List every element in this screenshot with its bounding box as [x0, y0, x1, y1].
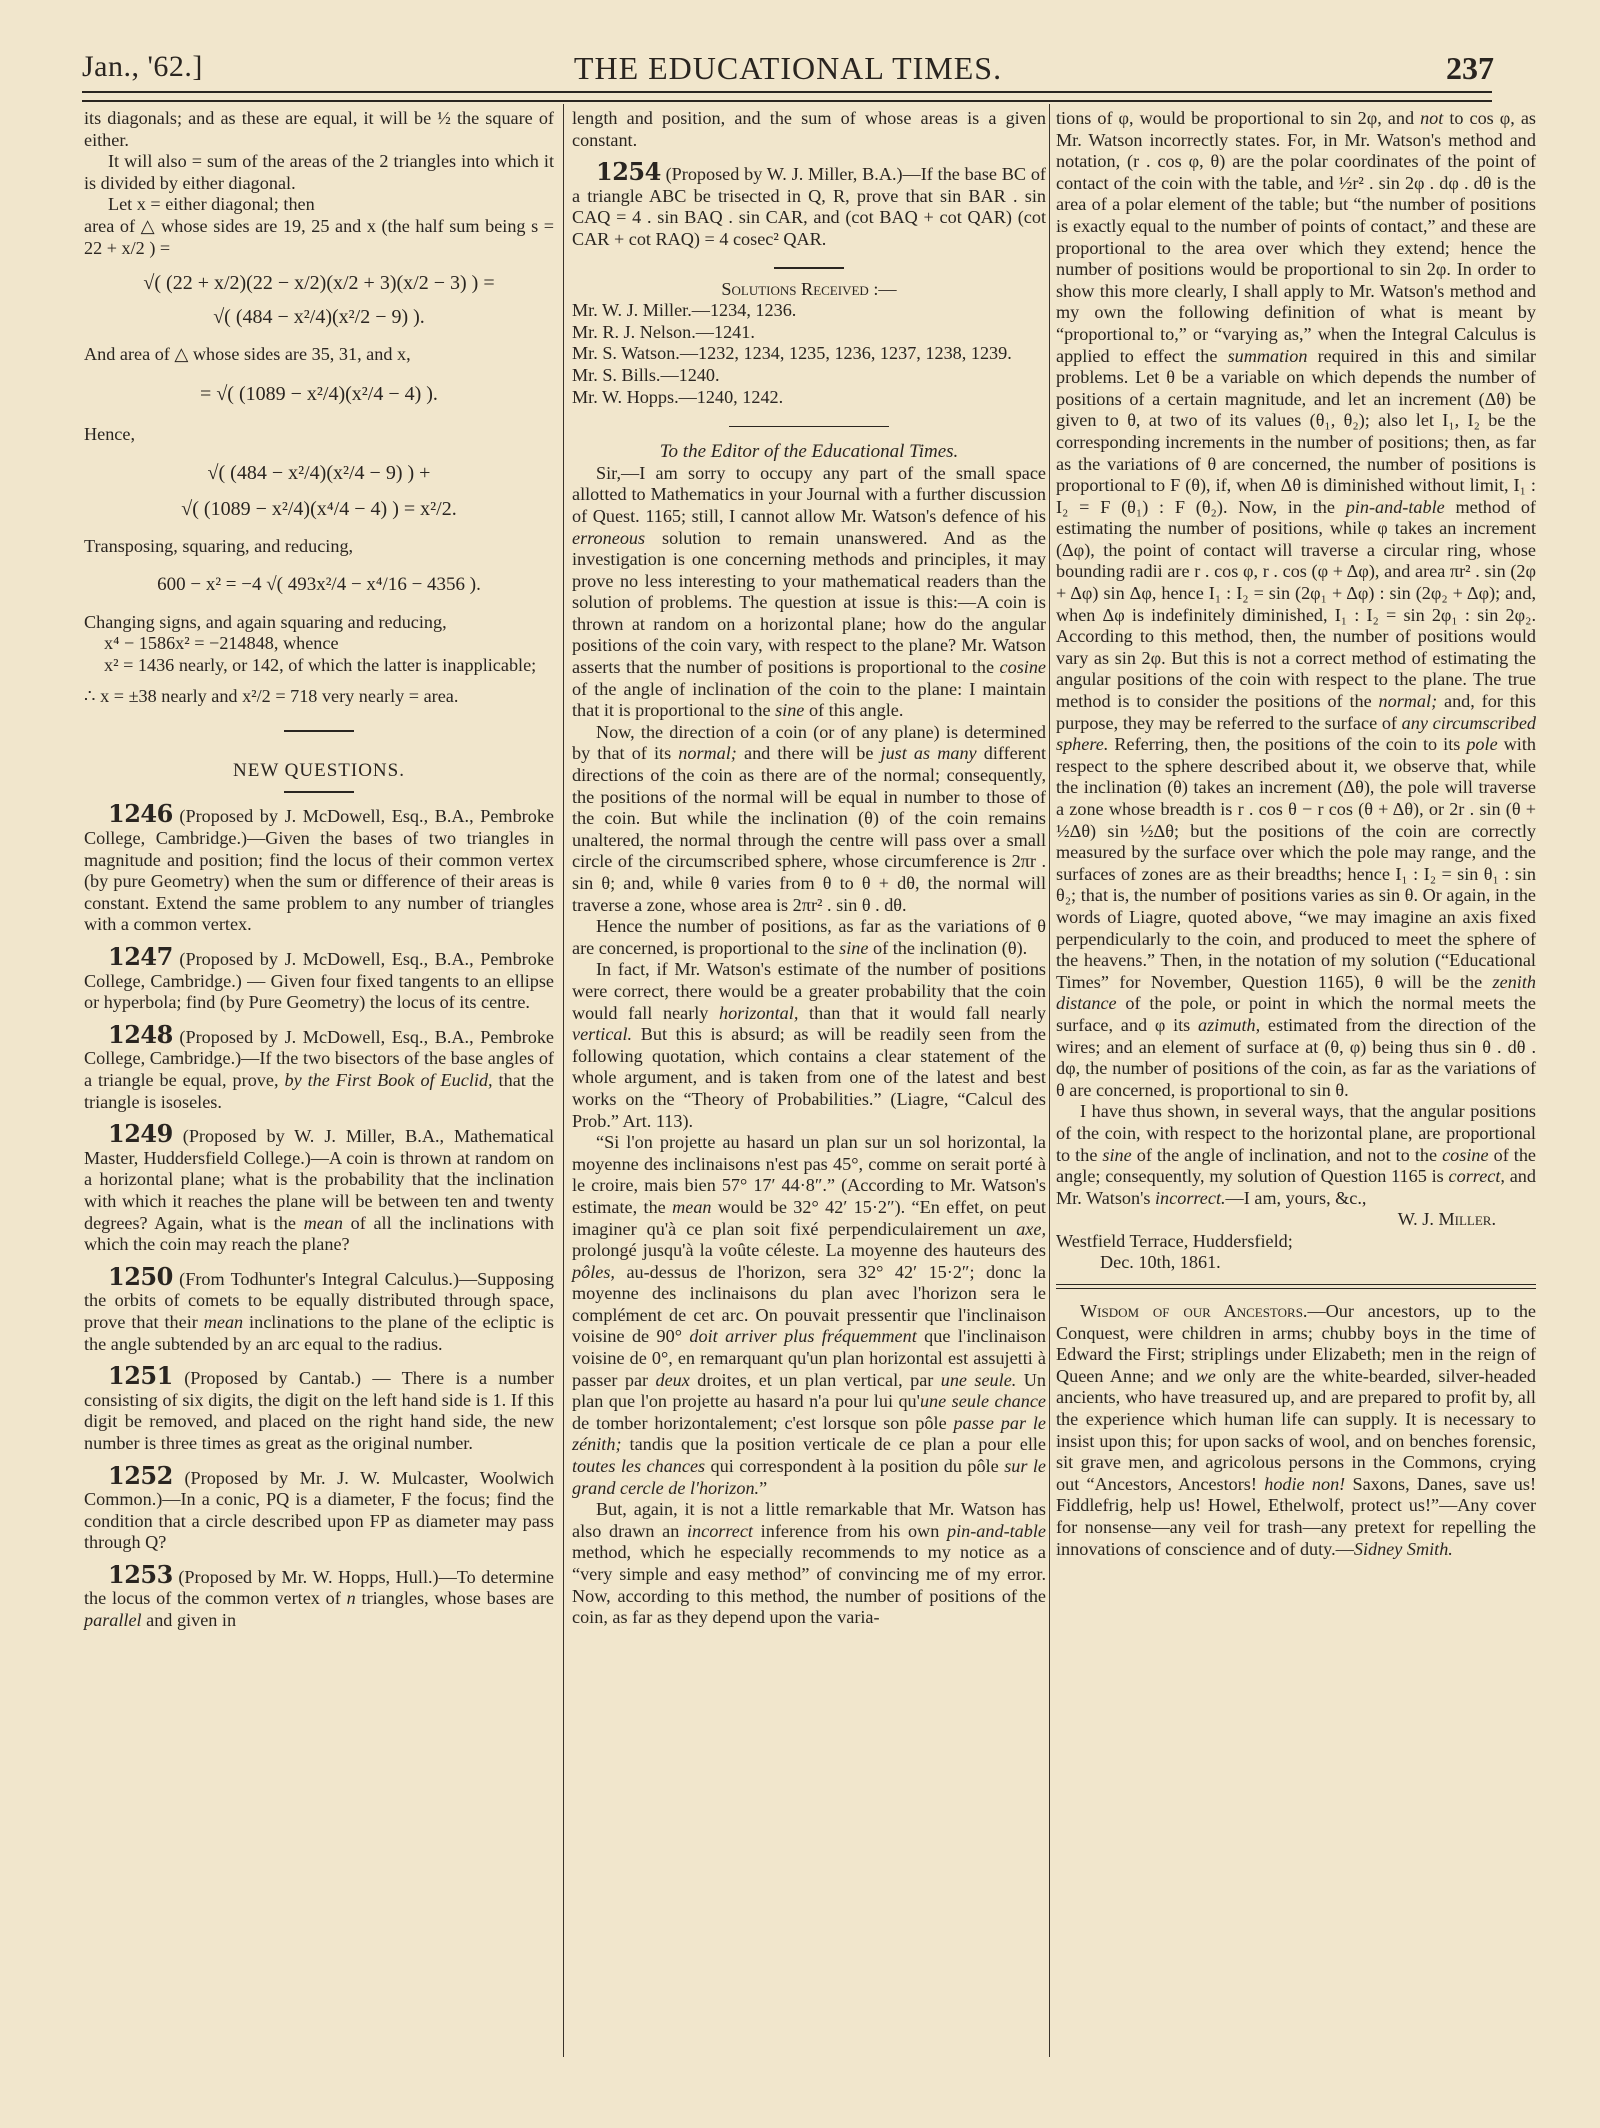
- question-1251: 1251 (Proposed by Cantab.) — There is a …: [84, 1365, 554, 1454]
- question-number: 1249: [108, 1119, 173, 1148]
- letter-signature: W. J. Miller.: [1056, 1209, 1536, 1231]
- question-number: 1251: [108, 1361, 173, 1390]
- equation: = √( (1089 − x²/4)(x²/4 − 4) ).: [84, 384, 554, 406]
- question-1247: 1247 (Proposed by J. McDowell, Esq., B.A…: [84, 946, 554, 1014]
- equation: ∴ x = ±38 nearly and x²/2 = 718 very nea…: [84, 686, 554, 708]
- emphasis: mean: [304, 1213, 343, 1233]
- emphasis: parallel: [84, 1610, 142, 1630]
- divider: [774, 267, 844, 269]
- question-1248: 1248 (Proposed by J. McDowell, Esq., B.A…: [84, 1024, 554, 1113]
- question-number: 1247: [108, 942, 173, 971]
- paragraph: length and position, and the sum of whos…: [572, 108, 1046, 151]
- solution-entry: Mr. W. Hopps.—1240, 1242.: [572, 387, 1046, 409]
- equation: √( (484 − x²/4)(x²/4 − 9) ) +: [84, 463, 554, 485]
- solution-entry: Mr. S. Bills.—1240.: [572, 365, 1046, 387]
- equation: x² = 1436 nearly, or 142, of which the l…: [84, 655, 554, 677]
- letter-paragraph: I have thus shown, in several ways, that…: [1056, 1101, 1536, 1209]
- question-number: 1253: [108, 1560, 173, 1589]
- wisdom-paragraph: Wisdom of our Ancestors.—Our ancestors, …: [1056, 1301, 1536, 1560]
- solution-entry: Mr. R. J. Nelson.—1241.: [572, 322, 1046, 344]
- question-number: 1250: [108, 1262, 173, 1291]
- question-1250: 1250 (From Todhunter's Integral Calculus…: [84, 1266, 554, 1355]
- wisdom-title: Wisdom of our Ancestors.: [1080, 1301, 1307, 1321]
- letter-paragraph: Sir,—I am sorry to occupy any part of th…: [572, 463, 1046, 722]
- question-1253: 1253 (Proposed by Mr. W. Hopps, Hull.)—T…: [84, 1564, 554, 1632]
- divider: [1056, 1284, 1536, 1289]
- column-divider-1: [563, 104, 564, 2057]
- solution-entry: Mr. W. J. Miller.—1234, 1236.: [572, 300, 1046, 322]
- letter-heading: To the Editor of the Educational Times.: [572, 441, 1046, 463]
- question-1249: 1249 (Proposed by W. J. Miller, B.A., Ma…: [84, 1123, 554, 1256]
- publication-title: THE EDUCATIONAL TIMES.: [82, 50, 1494, 87]
- solution-entry: Mr. S. Watson.—1232, 1234, 1235, 1236, 1…: [572, 343, 1046, 365]
- wisdom-author: Sidney Smith.: [1354, 1539, 1453, 1559]
- column-2: length and position, and the sum of whos…: [572, 108, 1046, 1629]
- letter-paragraph: Now, the direction of a coin (or of any …: [572, 722, 1046, 916]
- question-1246: 1246 (Proposed by J. McDowell, Esq., B.A…: [84, 803, 554, 936]
- question-1252: 1252 (Proposed by Mr. J. W. Mulcaster, W…: [84, 1465, 554, 1554]
- question-number: 1246: [108, 799, 173, 828]
- equation: √( (22 + x/2)(22 − x/2)(x/2 + 3)(x/2 − 3…: [84, 273, 554, 295]
- equation: √( (1089 − x²/4)(x⁴/4 − 4) ) = x²/2.: [84, 499, 554, 521]
- letter-address: Westfield Terrace, Huddersfield;: [1056, 1231, 1536, 1253]
- equation: 600 − x² = −4 √( 493x²/4 − x⁴/16 − 4356 …: [84, 574, 554, 596]
- letter-paragraph: In fact, if Mr. Watson's estimate of the…: [572, 959, 1046, 1132]
- section-title-new-questions: NEW QUESTIONS.: [84, 760, 554, 782]
- equation: √( (484 − x²/4)(x²/2 − 9) ).: [84, 307, 554, 329]
- paragraph: Transposing, squaring, and reducing,: [84, 536, 554, 558]
- question-number: 1252: [108, 1461, 173, 1490]
- page-header: Jan., '62.] THE EDUCATIONAL TIMES. 237: [82, 50, 1494, 90]
- paragraph: And area of △ whose sides are 35, 31, an…: [84, 344, 554, 366]
- equation: x⁴ − 1586x² = −214848, whence: [84, 633, 554, 655]
- column-divider-2: [1049, 104, 1050, 2057]
- letter-heading-text: To the Editor of the Educational Times.: [660, 441, 959, 462]
- column-3: tions of φ, would be proportional to sin…: [1056, 108, 1536, 1560]
- emphasis: n: [347, 1588, 356, 1608]
- french-quotation: “Si l'on projette au hasard un plan sur …: [572, 1132, 1046, 1499]
- letter-paragraph: Hence the number of positions, as far as…: [572, 916, 1046, 959]
- paragraph: It will also = sum of the areas of the 2…: [84, 151, 554, 194]
- letter-paragraph: tions of φ, would be proportional to sin…: [1056, 108, 1536, 1101]
- emphasis: mean: [204, 1312, 243, 1332]
- emphasis: by the First Book of Euclid,: [284, 1070, 492, 1090]
- paragraph: area of △ whose sides are 19, 25 and x (…: [84, 216, 554, 259]
- page-number: 237: [1446, 50, 1494, 87]
- divider: [284, 730, 354, 732]
- question-text: and given in: [142, 1610, 236, 1630]
- letter-paragraph: But, again, it is not a little remarkabl…: [572, 1499, 1046, 1629]
- question-number: 1248: [108, 1020, 173, 1049]
- paragraph: Changing signs, and again squaring and r…: [84, 612, 554, 634]
- divider: [729, 426, 889, 427]
- column-1: its diagonals; and as these are equal, i…: [84, 108, 554, 1632]
- solutions-received-heading: Solutions Received :—: [572, 279, 1046, 301]
- divider: [284, 791, 354, 793]
- question-number: 1254: [596, 157, 661, 186]
- letter-date: Dec. 10th, 1861.: [1056, 1252, 1536, 1274]
- paragraph: its diagonals; and as these are equal, i…: [84, 108, 554, 151]
- question-text: triangles, whose bases are: [356, 1588, 554, 1608]
- newspaper-page: Jan., '62.] THE EDUCATIONAL TIMES. 237 i…: [0, 0, 1600, 2128]
- header-double-rule: [82, 91, 1492, 102]
- question-1254: 1254 (Proposed by W. J. Miller, B.A.)—If…: [572, 161, 1046, 250]
- solutions-list: Mr. W. J. Miller.—1234, 1236. Mr. R. J. …: [572, 300, 1046, 408]
- paragraph: Let x = either diagonal; then: [84, 194, 554, 216]
- paragraph: Hence,: [84, 424, 554, 446]
